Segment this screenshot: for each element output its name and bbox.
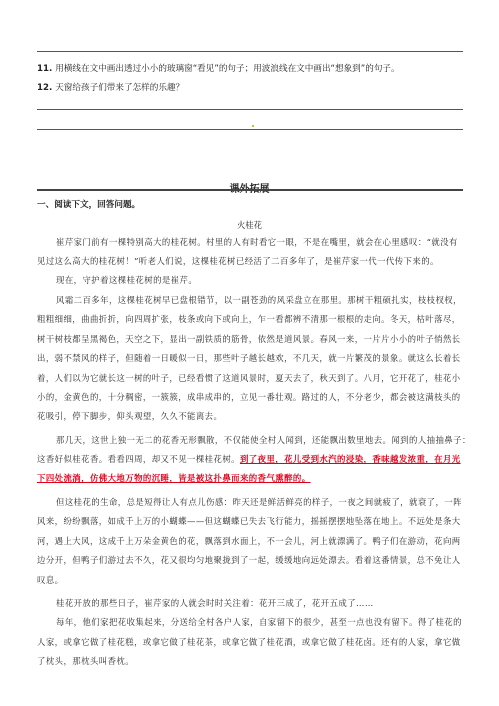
section-divider xyxy=(37,189,463,191)
passage-line: 花吸引，停下脚步，仰头观望，久久不能离去。 xyxy=(37,410,222,422)
passage-line: 风来，纷纷飘落，如成千上万的小蝴蝶——但这蝴蝶已失去飞行能力，摇摇摆摆地坠落在地… xyxy=(37,515,461,527)
answer-line[interactable] xyxy=(37,109,463,110)
passage-line: 桂花开放的那些日子，崔芹家的人就会时时关注着：花开三成了，花开五成了…… xyxy=(56,597,374,609)
passage-line: 河，遇上大风，这成千上万朵金黄色的花，飘落到水面上，不一会儿，河上就漂满了。鸭子… xyxy=(37,535,461,547)
decorative-dot xyxy=(252,125,254,127)
question-number: 12. xyxy=(37,83,52,93)
answer-line[interactable] xyxy=(37,129,463,130)
passage-line: 出，弱不禁风的样子，但随着一日暖似一日，那些叶子越长越欢，不几天，就一片繁茂的景… xyxy=(37,352,461,364)
passage-line: 叹息。 xyxy=(37,574,63,586)
passage-line: 了枕头，那枕头叫香枕。 xyxy=(37,655,134,667)
passage-line: 粗粗细细，曲曲折折，向四周扩张，枝条或向下或向上，乍一看都辨不清那一根根的走向。… xyxy=(37,313,461,325)
reading-instruction: 一、阅读下文，回答问题。 xyxy=(37,198,140,210)
question-11: 11.用横线在文中画出透过小小的玻璃窗“看见”的句子；用波浪线在文中画出“想象到… xyxy=(37,62,400,74)
passage-line: 崔芹家门前有一棵特别高大的桂花树。村里的人有时看它一眼，不是在嘴里，就会在心里感… xyxy=(56,236,458,248)
passage-line: 这香好似桂花香。看看四周，却又不见一棵桂花树。到了夜里，花儿受到水汽的浸染，香味… xyxy=(37,453,461,465)
passage-line: 着，人们以为它就长这一树的叶子，已经看惯了这道风景时，夏天去了，秋天到了。八月，… xyxy=(37,372,461,384)
passage-line: 树干树枝都呈黑褐色，天空之下，显出一副铁质的筋骨，依然是道风景。春风一来，一片片… xyxy=(37,333,461,345)
section-title: 课外拓展 xyxy=(0,180,499,195)
question-text: 用横线在文中画出透过小小的玻璃窗“看见”的句子；用波浪线在文中画出“想象到”的句… xyxy=(55,64,399,74)
passage-line: 小的，金黄色的，十分稠密，一簇簇，成串成串的，立见一番壮观。路过的人，不分老少，… xyxy=(37,391,461,403)
passage-line: 边分开，但鸭子们游过去不久，花又很均匀地聚拢到了一起，缓缓地向远处漂去。看着这番… xyxy=(37,554,461,566)
highlighted-sentence: 到了夜里，花儿受到水汽的浸染，香味越发浓重，在月光 xyxy=(240,454,461,464)
passage-line: 现在，守护着这棵桂花树的是崔芹。 xyxy=(56,274,197,286)
passage-line: 但这桂花的生命，总是短得让人有点儿伤感：昨天还是鲜活鲜亮的样子，一夜之间就疲了，… xyxy=(56,496,462,508)
question-text: 天窗给孩子们带来了怎样的乐趣？ xyxy=(55,83,184,93)
passage-line: 那几天，这世上独一无二的花香无形飘散，不仅能使全村人闻到，还能飘出数里地去。闻到… xyxy=(56,434,471,446)
passage-line: 风霜二百多年，这棵桂花树早已盘根错节，以一副苍劲的风采盘立在那里。那树干粗硕扎实… xyxy=(56,294,462,306)
passage-title: 火桂花 xyxy=(0,219,499,231)
question-number: 11. xyxy=(37,64,52,74)
highlighted-sentence: 下四处流淌，仿佛大地万物的沉睡，皆是被这扑鼻而来的香气熏醉的。 xyxy=(37,472,311,484)
passage-line: 每年，他们家把花收集起来，分送给全村各户人家，自家留下的很少，甚至一点也没有留下… xyxy=(56,616,462,628)
answer-line xyxy=(37,51,463,52)
passage-text: 这香好似桂花香。看看四周，却又不见一棵桂花树。 xyxy=(37,454,240,464)
question-12: 12.天窗给孩子们带来了怎样的乐趣？ xyxy=(37,81,184,93)
passage-line: 见过这么高大的桂花树！”听老人们说，这棵桂花树已经活了二百多年了，是崔芹家一代一… xyxy=(37,255,439,267)
passage-line: 人家，或拿它做了桂花糕，或拿它做了桂花茶，或拿它做了桂花酒，或拿它做了桂花卤。还… xyxy=(37,636,461,648)
